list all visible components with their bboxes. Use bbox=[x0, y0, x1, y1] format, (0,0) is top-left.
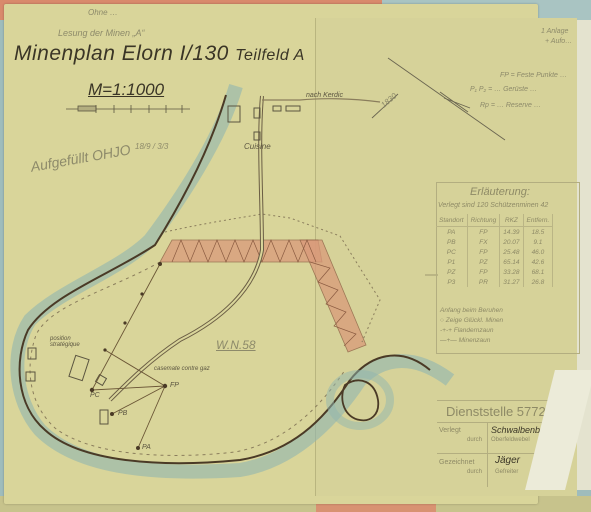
minefield-horizontal bbox=[160, 240, 322, 262]
legend-heading: Erläuterung: bbox=[470, 186, 530, 198]
col-header: Standort bbox=[436, 214, 467, 227]
legend-note: ○ Zeige Glückl. Minen bbox=[440, 316, 503, 326]
top-right-note-2: + Aufo… bbox=[545, 38, 572, 45]
label-pa: PA bbox=[142, 444, 151, 451]
label-road: nach Kerdic bbox=[306, 92, 343, 99]
col-header: Richtung bbox=[467, 214, 500, 227]
building bbox=[286, 106, 300, 111]
symbol-note-3: Rp = … Reserve … bbox=[480, 102, 541, 109]
legend-subheading: Verlegt sind 120 Schützenminen 42 bbox=[438, 202, 548, 209]
col-header: Entfern. bbox=[523, 214, 553, 227]
label-pb: PB bbox=[118, 410, 127, 417]
building bbox=[100, 410, 108, 424]
building bbox=[28, 348, 36, 359]
label-casemate: casemate contre gaz bbox=[154, 366, 210, 372]
stamp-role: durch bbox=[467, 437, 482, 443]
table-row: PZFP33.2868.1 bbox=[436, 267, 553, 277]
map-title: Minenplan Elorn I/130 Teilfeld A bbox=[14, 42, 305, 66]
symbol-note-2: P₁ P₂ = … Gerüste … bbox=[470, 86, 537, 93]
table-row: PAFP14.3918.5 bbox=[436, 227, 553, 238]
table-row: PCFP25.4846.0 bbox=[436, 247, 553, 257]
col-header: RKZ bbox=[500, 214, 523, 227]
legend-notes: Anfang beim Beruhen ○ Zeige Glückl. Mine… bbox=[440, 306, 503, 346]
stamp-title: Dienststelle 57721 bbox=[446, 404, 553, 419]
stamp-rank: Oberfeldwebel bbox=[491, 437, 530, 443]
pencil-header-2: Lesung der Minen „A“ bbox=[58, 28, 145, 38]
pencil-date: 18/9 / 3/3 bbox=[135, 142, 168, 151]
legend-table: Standort Richtung RKZ Entfern. PAFP14.39… bbox=[436, 214, 553, 287]
stamp-label: Gezeichnet bbox=[439, 459, 474, 466]
scale-label: M=1:1000 bbox=[88, 80, 164, 100]
label-strongpoint: W.N.58 bbox=[216, 338, 256, 352]
legend-note: Anfang beim Beruhen bbox=[440, 306, 503, 316]
legend-note: —+— Minenzaun bbox=[440, 336, 503, 346]
stamp-role: durch bbox=[467, 469, 482, 475]
label-pc: PC bbox=[90, 392, 100, 399]
table-row: PBFX20.079.1 bbox=[436, 237, 553, 247]
building bbox=[273, 106, 281, 111]
scale-bar bbox=[66, 105, 190, 113]
table-row: P3PR31.2726.8 bbox=[436, 277, 553, 287]
map-subtitle: Teilfeld A bbox=[235, 47, 305, 64]
stamp-signature: Jäger bbox=[495, 455, 520, 466]
stamp-label: Verlegt bbox=[439, 427, 461, 434]
table-row: P1PZ65.1442.6 bbox=[436, 257, 553, 267]
survey-lines bbox=[92, 264, 165, 448]
top-right-note-1: 1 Anlage bbox=[541, 28, 568, 35]
stamp-rank: Gefreiter bbox=[495, 469, 518, 475]
road-north bbox=[262, 99, 380, 102]
legend-header-row: Standort Richtung RKZ Entfern. bbox=[436, 214, 553, 227]
symbol-note-1: FP = Feste Punkte … bbox=[500, 72, 567, 79]
label-position: position stratégique bbox=[50, 336, 94, 348]
label-cuisine: Cuisine bbox=[244, 142, 271, 151]
pencil-header-1: Ohne … bbox=[88, 8, 118, 17]
building bbox=[69, 355, 89, 380]
label-fp: FP bbox=[170, 382, 179, 389]
legend-note: -+-+ Flandernzaun bbox=[440, 326, 503, 336]
